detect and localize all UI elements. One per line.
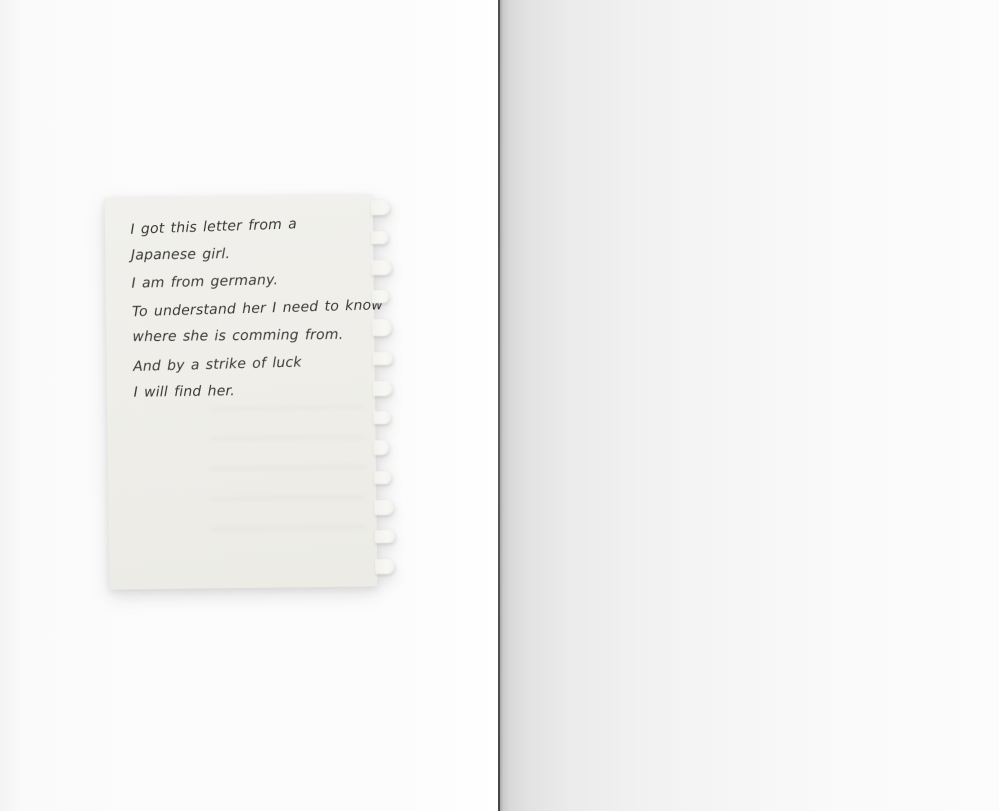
note-text-english: I got this letter from a Japanese girl. …: [130, 211, 368, 408]
note-line: where she is comming from.: [132, 322, 366, 352]
torn-tab: [372, 319, 392, 336]
torn-tab: [371, 231, 389, 244]
note-line: I will find her.: [133, 376, 367, 407]
torn-tab: [374, 440, 390, 455]
left-page: I got this letter from a Japanese girl. …: [0, 0, 498, 811]
book-spread: I got this letter from a Japanese girl. …: [0, 0, 999, 811]
torn-tab: [372, 290, 390, 303]
torn-tab: [371, 260, 392, 275]
torn-tab: [375, 530, 396, 543]
torn-tab: [373, 411, 391, 424]
ink-show-through: [209, 398, 366, 549]
handwritten-note-english: I got this letter from a Japanese girl. …: [105, 194, 378, 589]
torn-tab: [371, 200, 391, 215]
torn-perforation-edge: [371, 200, 397, 574]
torn-tab: [374, 500, 394, 515]
page-gutter: [498, 0, 500, 811]
torn-tab: [373, 352, 394, 365]
torn-tab: [374, 471, 392, 484]
right-page: 私はこの手紙を 日本人女性から いただきました。 私はドイツ人です. 彼女を理解…: [500, 0, 999, 811]
torn-tab: [373, 381, 393, 396]
torn-tab: [375, 559, 395, 574]
